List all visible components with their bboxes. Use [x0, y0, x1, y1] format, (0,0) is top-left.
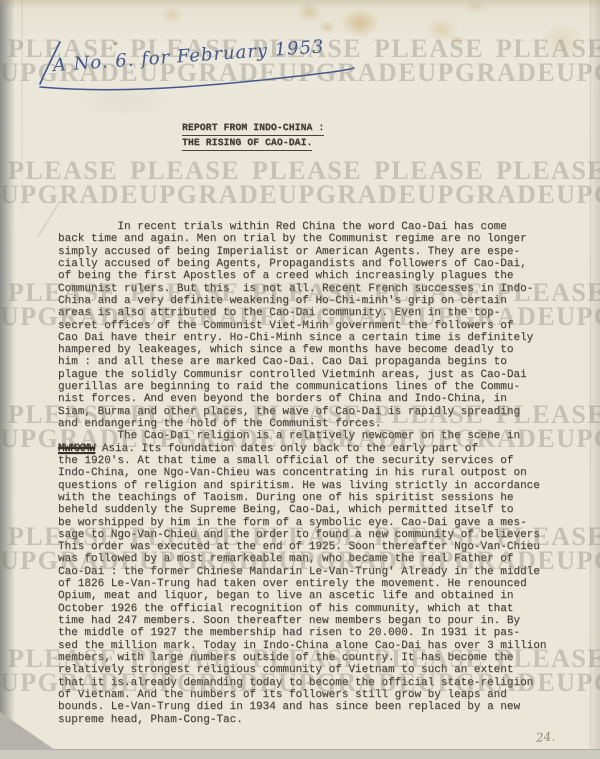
typed-line: be worshipped by him in the form of a sy…	[58, 517, 546, 529]
watermark-word: PLEASE	[496, 158, 600, 184]
foxing-stain	[340, 8, 380, 38]
foxing-stain	[425, 18, 459, 42]
typed-line: cially accused of being Agents, Propagan…	[58, 258, 546, 270]
foxing-stain	[449, 34, 465, 46]
watermark-word: PLEASE	[496, 36, 600, 62]
watermark-word: PLEASE	[374, 158, 496, 184]
typed-line: Indo-China, one Ngo-Van-Chieu was concen…	[58, 467, 546, 479]
typed-line: was followed by a most remarkeable man, …	[58, 553, 546, 565]
watermark-word: UPGRADE	[417, 182, 556, 208]
typed-line: of 1826 Le-Van-Trung had taken over enti…	[58, 578, 546, 590]
watermark-word: PLEASE	[8, 158, 130, 184]
typed-line: with the teachings of Taoism. During one…	[58, 492, 546, 504]
typed-line: areas is also attributed to the Cao-Dai …	[58, 307, 546, 319]
scan-edge-left	[0, 0, 15, 759]
scan-edge-top	[0, 0, 600, 9]
typed-line: bounds. Le-Van-Trung died in 1934 and ha…	[58, 701, 546, 713]
watermark-word: PLEASE	[130, 158, 252, 184]
typed-line: back time and again. Men on trial by the…	[58, 233, 546, 245]
typed-line: questions of religion and spiritism. He …	[58, 480, 546, 492]
typed-line: China and a very definite weakening of H…	[58, 295, 546, 307]
typed-line: guerillas are beginning to raid the comm…	[58, 381, 546, 393]
typed-line: nist forces. And even beyond the borders…	[58, 393, 546, 405]
typed-line: relatively strongest religious community…	[58, 664, 546, 676]
report-title: REPORT FROM INDO-CHINA : THE RISING OF C…	[182, 121, 324, 151]
typed-line: Communist rulers. But this is not all. R…	[58, 283, 546, 295]
page-number: 24.	[535, 729, 555, 745]
report-title-line2: THE RISING OF CAO-DAI.	[182, 136, 312, 151]
paper-crease	[21, 0, 23, 215]
scanned-document-page: A No. 6. for February 1953 REPORT FROM I…	[0, 0, 600, 759]
watermark-word: PLEASE	[252, 158, 374, 184]
foxing-stain	[318, 20, 336, 34]
typed-line: members, with large numbers outside of t…	[58, 652, 546, 664]
typed-line: of being the first Apostles of a creed w…	[58, 270, 546, 282]
typed-line: him : and all these are marked Cao-Dai. …	[58, 356, 546, 368]
typed-line: Opium, meat and liquor, began to live an…	[58, 590, 546, 602]
annotation-text: A No. 6. for February 1953	[50, 38, 325, 76]
struck-out-word: MWMXMW	[58, 443, 95, 455]
typed-line: hampered by leakeages, which since a few…	[58, 344, 546, 356]
watermark-word: UPGRADE	[417, 60, 556, 86]
watermark-row: UPGRADEUPGRADEUPGRADEUPGRADEUPGRADE	[0, 182, 600, 208]
typed-line: October 1926 the official recognition of…	[58, 603, 546, 615]
scan-edge-bottom	[0, 749, 600, 759]
typed-line: the 1920's. At that time a small officia…	[58, 455, 546, 467]
handwriting-svg: A No. 6. for February 1953	[28, 38, 364, 100]
typed-line: simply accused of being Imperialist or A…	[58, 246, 546, 258]
paper-corner-cut	[0, 712, 55, 750]
typed-line: Cao-Dai : the former Chinese Mandarin Le…	[58, 566, 546, 578]
typed-line: supreme head, Pham-Cong-Tac.	[58, 714, 546, 726]
typed-line: of Vietnam. And the numbers of its follo…	[58, 689, 546, 701]
watermark-word: UPGRADE	[139, 182, 278, 208]
handwritten-annotation: A No. 6. for February 1953	[28, 38, 364, 105]
typed-line: that it is.already demanding today to be…	[58, 677, 546, 689]
typed-body: In recent trials within Red China the wo…	[58, 221, 546, 726]
foxing-stain	[540, 22, 584, 62]
watermark-word: UPGRADE	[278, 182, 417, 208]
typed-line: plague the solidly Communisr controlled …	[58, 369, 546, 381]
typed-line: Cao Dai have their entry. Ho-Chi-Minh si…	[58, 332, 546, 344]
typed-line: beheld suddenly the Supreme Being, Cao-D…	[58, 504, 546, 516]
watermark-row: PLEASEPLEASEPLEASEPLEASEPLEASE	[0, 158, 600, 184]
typed-line: secret offices of the Communist Viet-Min…	[58, 320, 546, 332]
paper-edge-line	[590, 0, 591, 750]
typed-line: MWMXMW Asia. Its foundation dates only b…	[58, 443, 546, 455]
report-title-line1: REPORT FROM INDO-CHINA :	[182, 121, 324, 136]
typed-line: the middle of 1927 the membership had ri…	[58, 627, 546, 639]
typed-line: time had 247 members. Soon thereafter ne…	[58, 615, 546, 627]
typed-line: sed the million mark. Today in Indo-Chin…	[58, 640, 546, 652]
typed-line: This order was executed at the end of 19…	[58, 541, 546, 553]
typed-line: In recent trials within Red China the wo…	[58, 221, 546, 233]
watermark-word: PLEASE	[374, 36, 496, 62]
typed-line: and endangering the hold of the Communis…	[58, 418, 546, 430]
typed-line: The Cao-Dai religion is a relatively new…	[58, 430, 546, 442]
typed-line: Siam, Burma and other places, the wave o…	[58, 406, 546, 418]
typed-line: sage to Ngo-Van-Chieu and the order to f…	[58, 529, 546, 541]
